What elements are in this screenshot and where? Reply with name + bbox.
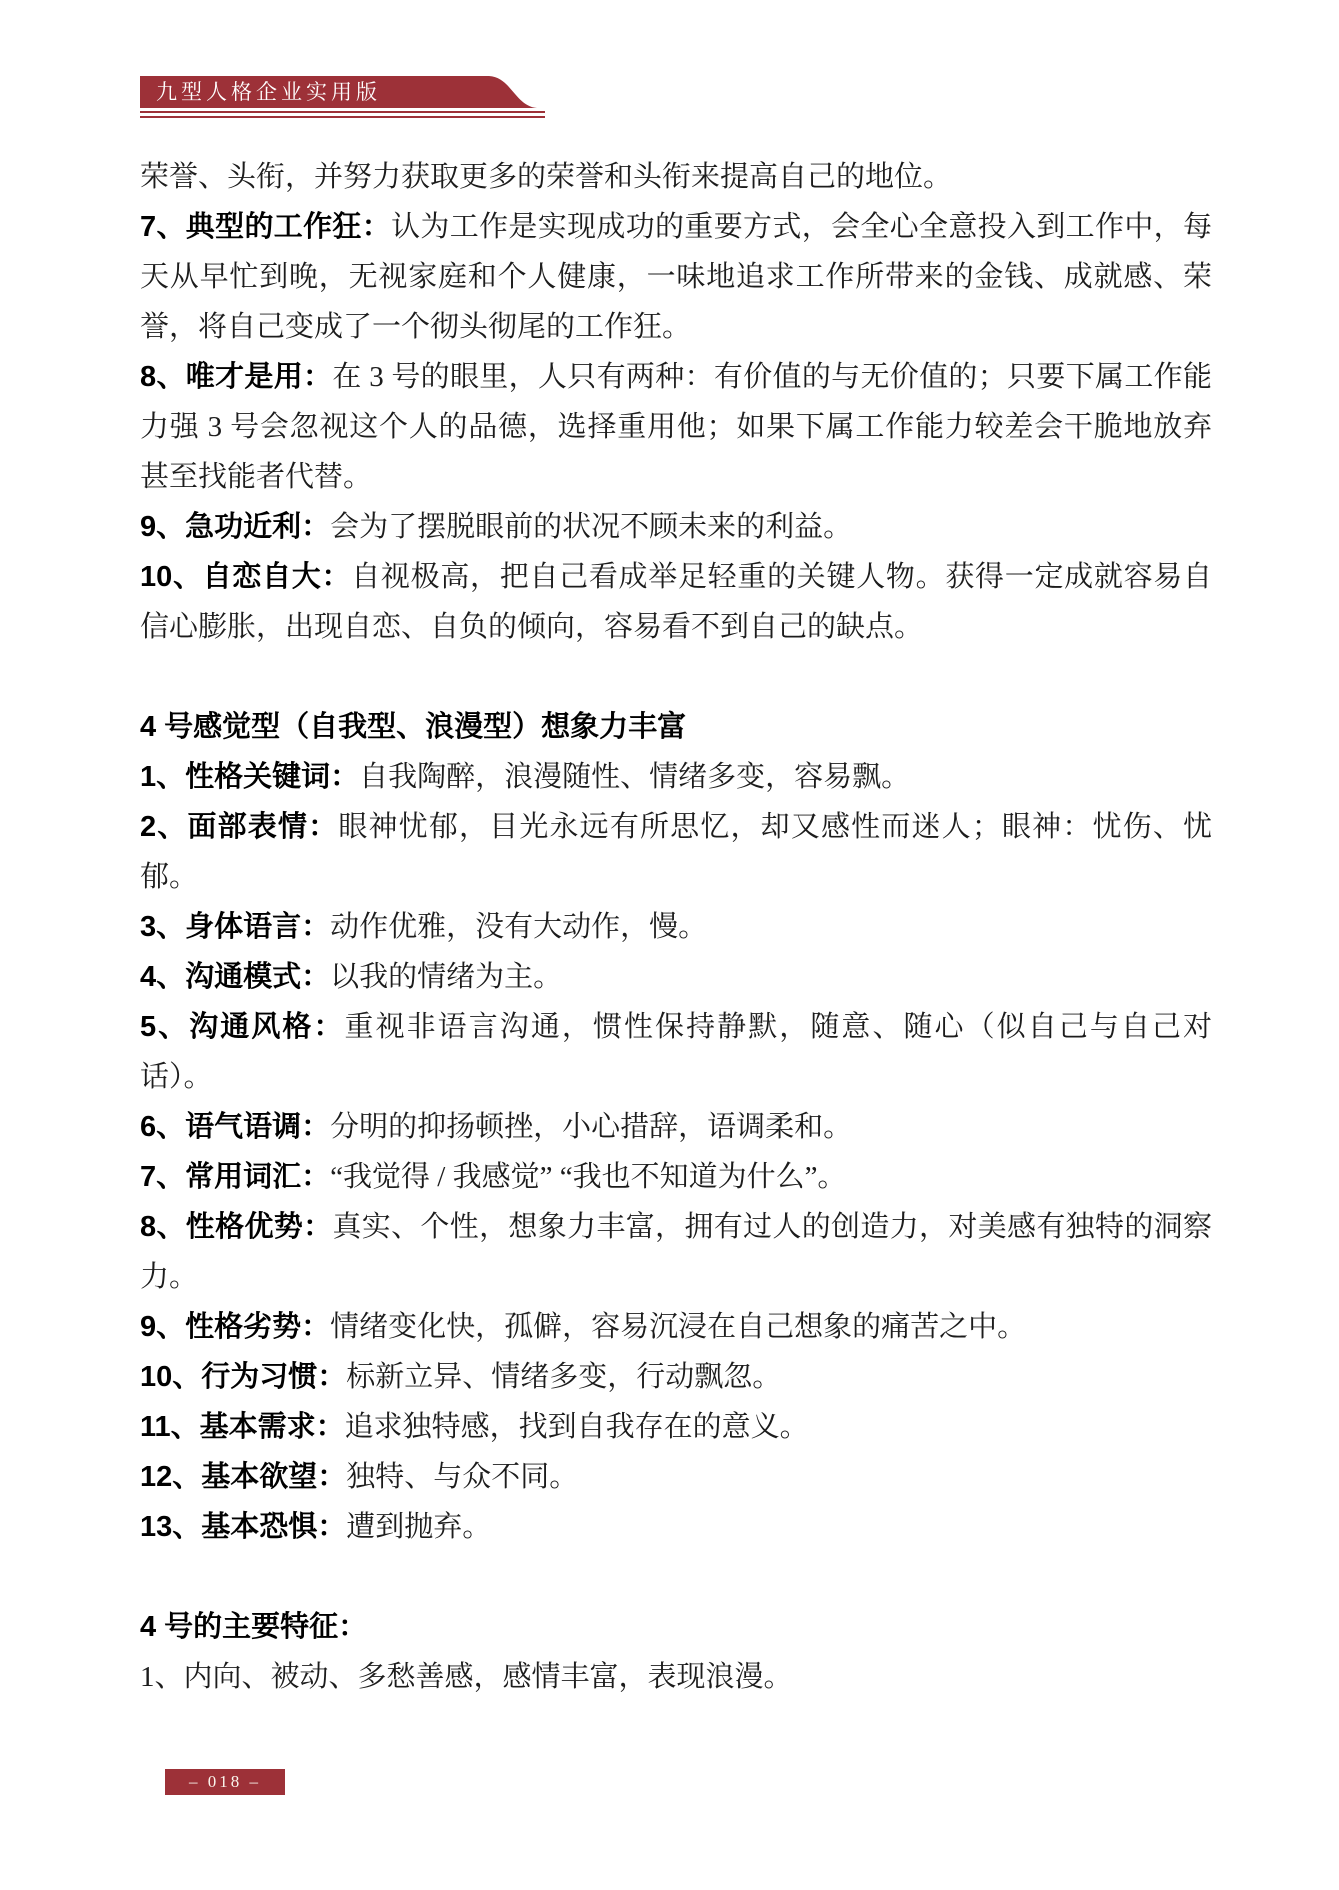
section-heading: 4 号感觉型（自我型、浪漫型）想象力丰富: [140, 702, 1212, 752]
paragraph: 11、基本需求：追求独特感，找到自我存在的意义。: [140, 1402, 1212, 1452]
paragraph: 13、基本恐惧：遭到抛弃。: [140, 1502, 1212, 1552]
paragraph: 12、基本欲望：独特、与众不同。: [140, 1452, 1212, 1502]
header-banner: 九型人格企业实用版: [140, 76, 537, 108]
paragraph-lead: 8、唯才是用：: [140, 361, 332, 393]
paragraph-lead: 10、行为习惯：: [140, 1361, 346, 1393]
paragraph: 7、常用词汇：“我觉得 / 我感觉” “我也不知道为什么”。: [140, 1152, 1212, 1202]
paragraph: 5、沟通风格：重视非语言沟通，惯性保持静默，随意、随心（似自己与自己对话）。: [140, 1002, 1212, 1102]
paragraph: 7、典型的工作狂：认为工作是实现成功的重要方式，会全心全意投入到工作中，每天从早…: [140, 202, 1212, 352]
paragraph-lead: 4、沟通模式：: [140, 961, 330, 993]
paragraph-lead: 7、典型的工作狂：: [140, 211, 391, 243]
paragraph: 8、唯才是用：在 3 号的眼里，人只有两种：有价值的与无价值的；只要下属工作能力…: [140, 352, 1212, 502]
banner-title: 九型人格企业实用版: [140, 76, 465, 108]
paragraph-lead: 2、面部表情：: [140, 811, 338, 843]
page-number-badge: – 018 –: [165, 1769, 285, 1795]
paragraph: 10、行为习惯：标新立异、情绪多变，行动飘忽。: [140, 1352, 1212, 1402]
paragraph-lead: 10、自恋自大：: [140, 561, 351, 593]
paragraph-lead: 9、急功近利：: [140, 511, 330, 543]
paragraph-lead: 5、沟通风格：: [140, 1011, 345, 1043]
banner-swoosh-shape: [465, 76, 537, 108]
paragraph: 荣誉、头衔，并努力获取更多的荣誉和头衔来提高自己的地位。: [140, 152, 1212, 202]
page: 九型人格企业实用版 荣誉、头衔，并努力获取更多的荣誉和头衔来提高自己的地位。7、…: [0, 0, 1339, 1890]
paragraph-lead: 12、基本欲望：: [140, 1461, 346, 1493]
paragraph: 10、自恋自大：自视极高，把自己看成举足轻重的关键人物。获得一定成就容易自信心膨…: [140, 552, 1212, 652]
banner-underline: [140, 111, 545, 118]
paragraph: 1、性格关键词：自我陶醉，浪漫随性、情绪多变，容易飘。: [140, 752, 1212, 802]
paragraph: 2、面部表情：眼神忧郁，目光永远有所思忆，却又感性而迷人；眼神：忧伤、忧郁。: [140, 802, 1212, 902]
body-text: 荣誉、头衔，并努力获取更多的荣誉和头衔来提高自己的地位。7、典型的工作狂：认为工…: [140, 152, 1212, 1702]
paragraph-lead: 11、基本需求：: [140, 1411, 345, 1443]
paragraph: 8、性格优势：真实、个性，想象力丰富，拥有过人的创造力，对美感有独特的洞察力。: [140, 1202, 1212, 1302]
paragraph: 9、性格劣势：情绪变化快，孤僻，容易沉浸在自己想象的痛苦之中。: [140, 1302, 1212, 1352]
paragraph: 6、语气语调：分明的抑扬顿挫，小心措辞，语调柔和。: [140, 1102, 1212, 1152]
section-heading: 4 号的主要特征：: [140, 1602, 1212, 1652]
paragraph-lead: 13、基本恐惧：: [140, 1511, 346, 1543]
paragraph: 1、内向、被动、多愁善感，感情丰富，表现浪漫。: [140, 1652, 1212, 1702]
paragraph-lead: 9、性格劣势：: [140, 1311, 330, 1343]
paragraph-lead: 6、语气语调：: [140, 1111, 330, 1143]
paragraph-lead: 7、常用词汇：: [140, 1161, 330, 1193]
paragraph-lead: 3、身体语言：: [140, 911, 330, 943]
paragraph-lead: 8、性格优势：: [140, 1211, 332, 1243]
paragraph-lead: 1、性格关键词：: [140, 761, 359, 793]
paragraph: 4、沟通模式：以我的情绪为主。: [140, 952, 1212, 1002]
paragraph: 9、急功近利：会为了摆脱眼前的状况不顾未来的利益。: [140, 502, 1212, 552]
paragraph: 3、身体语言：动作优雅，没有大动作，慢。: [140, 902, 1212, 952]
